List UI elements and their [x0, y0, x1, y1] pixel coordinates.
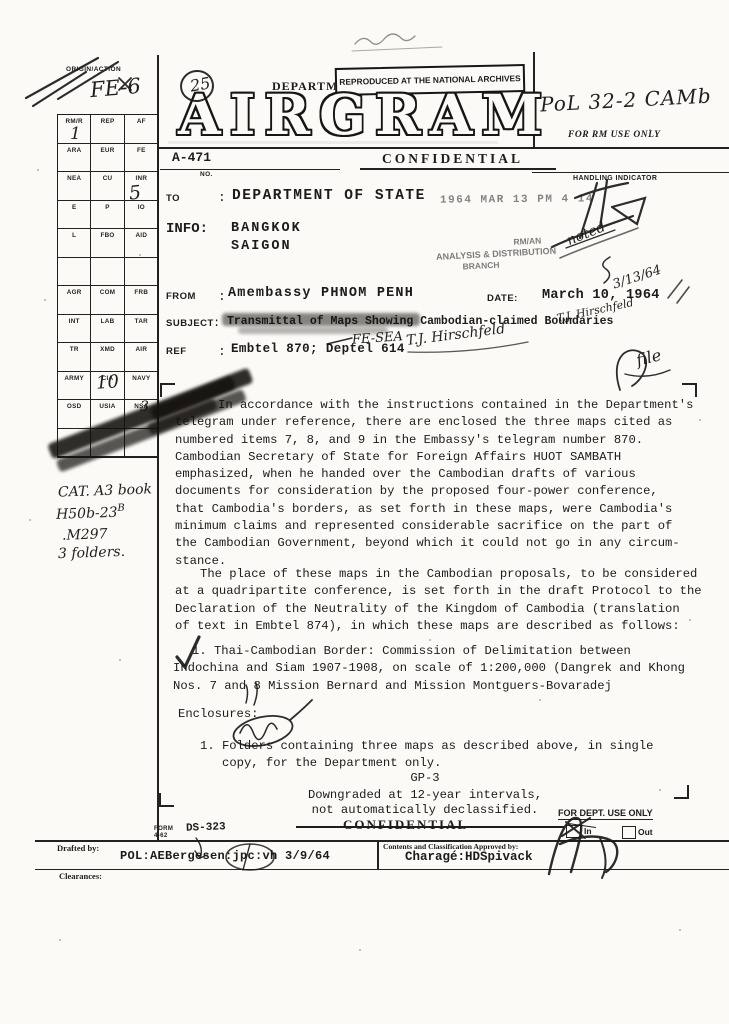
- origin-code-handwriting: FE-6: [89, 74, 142, 102]
- origin-action-label: ORIGIN/ACTION: [66, 66, 121, 73]
- classification-strike-line: [296, 826, 564, 828]
- routing-cell: XMD: [91, 343, 124, 372]
- approver-signature: [560, 837, 617, 872]
- ref-colon: :: [218, 344, 226, 359]
- body-corner-bottom-right: [674, 785, 689, 799]
- margin-note-line1: CAT. A3 book: [58, 481, 153, 500]
- dept-use-only-label: FOR DEPT. USE ONLY: [558, 808, 653, 820]
- routing-cell: NEA: [58, 172, 91, 201]
- gp-marking: GP-3: [280, 770, 570, 787]
- body-numbered-item-1: 1. Thai-Cambodian Border: Commission of …: [173, 643, 713, 695]
- handling-scribble-triangle: [612, 198, 645, 224]
- corner-scribble-stroke: [33, 72, 86, 106]
- in-checkbox: [566, 825, 581, 838]
- routing-count-rmr: 1: [70, 124, 81, 144]
- approver-signature: [600, 838, 606, 878]
- info-label: INFO:: [166, 221, 208, 237]
- routing-cell: [58, 258, 91, 287]
- file-code-handwriting: PoL 32-2 CAMb: [539, 84, 712, 117]
- out-checkbox: [622, 826, 636, 839]
- routing-cell: TAR: [125, 315, 158, 344]
- to-value: DEPARTMENT OF STATE: [232, 188, 426, 204]
- file-underline: [625, 370, 670, 376]
- routing-cell: L: [58, 229, 91, 258]
- routing-cell: AGR: [58, 286, 91, 315]
- subject-colon: :: [213, 316, 220, 330]
- footer-classification: CONFIDENTIAL: [343, 817, 468, 833]
- body-corner-bottom-left: [159, 793, 174, 807]
- subject-label: SUBJECT: [166, 318, 214, 329]
- routing-cell: [91, 258, 124, 287]
- ref-label: REF: [166, 346, 187, 357]
- routing-cell: NAVY: [125, 372, 158, 401]
- date-slash-marks: [668, 280, 689, 303]
- body-paragraph-1: In accordance with the instructions cont…: [175, 397, 715, 570]
- file-note-handwriting: file: [634, 345, 663, 370]
- noted-handwriting: noted: [564, 219, 607, 249]
- no-underline: [160, 169, 340, 170]
- routing-cell: IO: [125, 201, 158, 230]
- ref-value: Embtel 870; Deptel 614: [231, 342, 405, 356]
- date-value: March 10, 1964: [542, 288, 660, 303]
- routing-cell: E: [58, 201, 91, 230]
- margin-note-line2: H50b-23B: [56, 503, 125, 523]
- footer-divider: [377, 840, 379, 869]
- enclosures-label: Enclosures:: [178, 706, 258, 723]
- drafted-by-label: Drafted by:: [57, 843, 99, 853]
- routing-cell: FE: [125, 144, 158, 173]
- routing-cell: FBO: [91, 229, 124, 258]
- info-value-bangkok: BANGKOK: [231, 221, 302, 236]
- routing-cell: [125, 258, 158, 287]
- to-colon: :: [218, 190, 226, 205]
- routing-count-inr: 5: [128, 181, 142, 204]
- from-label: FROM: [166, 291, 196, 302]
- routing-cell: AIR: [125, 343, 158, 372]
- routing-cell: INT: [58, 315, 91, 344]
- pencil-underline: [352, 47, 442, 51]
- subject-smudge: [222, 313, 420, 326]
- form-label: FORM: [154, 826, 173, 832]
- out-checkbox-label: Out: [638, 827, 653, 837]
- margin-note-line2-main: H50b-23: [56, 505, 118, 523]
- routing-cell: AID: [125, 229, 158, 258]
- from-colon: :: [218, 289, 226, 304]
- received-date-stamp: 1964 MAR 13 PM 4 14: [440, 193, 594, 206]
- routing-cell: OSD: [58, 400, 91, 429]
- routing-count-cia: 10: [95, 371, 119, 394]
- routing-cell: REP: [91, 115, 124, 144]
- routing-cell: FRB: [125, 286, 158, 315]
- body-corner-top-left: [160, 383, 175, 397]
- initial-squiggle: [603, 257, 610, 283]
- enclosure-item-1: 1. Folders containing three maps as desc…: [222, 738, 722, 773]
- routing-cell: LAB: [91, 315, 124, 344]
- airgram-number: A-471: [172, 150, 211, 165]
- routing-cell: EUR: [91, 144, 124, 173]
- handling-indicator-label: HANDLING INDICATOR: [573, 175, 657, 182]
- airgram-document-scan: ORIGIN/ACTION FE-6 RM/R REP AF ARA EUR F…: [0, 0, 729, 1024]
- body-paragraph-2: The place of these maps in the Cambodian…: [175, 566, 715, 635]
- from-value: Amembassy PHNOM PENH: [228, 286, 414, 301]
- routing-cell: P: [91, 201, 124, 230]
- clearances-label: Clearances:: [59, 871, 102, 881]
- airgram-title: AIRGRAM: [178, 87, 551, 142]
- form-rev: 4-62: [154, 833, 168, 839]
- classification-header: CONFIDENTIAL: [382, 151, 523, 167]
- to-label: TO: [166, 193, 180, 204]
- body-corner-top-right: [682, 383, 697, 397]
- date-label: DATE:: [487, 293, 518, 304]
- margin-note-line3: .M297: [62, 526, 108, 544]
- confidential-underline: [360, 168, 556, 170]
- pencil-squiggle: [355, 34, 415, 44]
- in-checkbox-label: In: [584, 826, 592, 836]
- routing-cell: COM: [91, 286, 124, 315]
- routing-cell: CU: [91, 172, 124, 201]
- routing-cell: ARA: [58, 144, 91, 173]
- routing-cell: ARMY: [58, 372, 91, 401]
- form-number: DS-323: [186, 821, 226, 834]
- margin-note-line2-sup: B: [117, 503, 125, 514]
- footer-rule-top: [35, 840, 729, 842]
- info-value-saigon: SAIGON: [231, 239, 292, 254]
- routing-cell: TR: [58, 343, 91, 372]
- analysis-distribution-stamp: RM/AN ANALYSIS & DISTRIBUTION BRANCH: [435, 233, 586, 273]
- footer-rule-bottom: [35, 869, 729, 870]
- header-bottom-rule: [157, 147, 729, 149]
- handling-rule: [532, 172, 729, 173]
- enclosure-scribble-tail: [290, 700, 312, 720]
- rm-use-only-label: FOR RM USE ONLY: [568, 130, 660, 140]
- margin-note-line4: 3 folders.: [58, 544, 126, 562]
- no-label: NO.: [200, 171, 213, 178]
- corner-scribble-stroke: [26, 58, 98, 98]
- approved-by-value: Charagé:HDSpivack: [405, 850, 533, 864]
- drafted-by-value: POL:AEBergesen:jpc:vh 3/9/64: [120, 849, 330, 863]
- routing-cell: AF: [125, 115, 158, 144]
